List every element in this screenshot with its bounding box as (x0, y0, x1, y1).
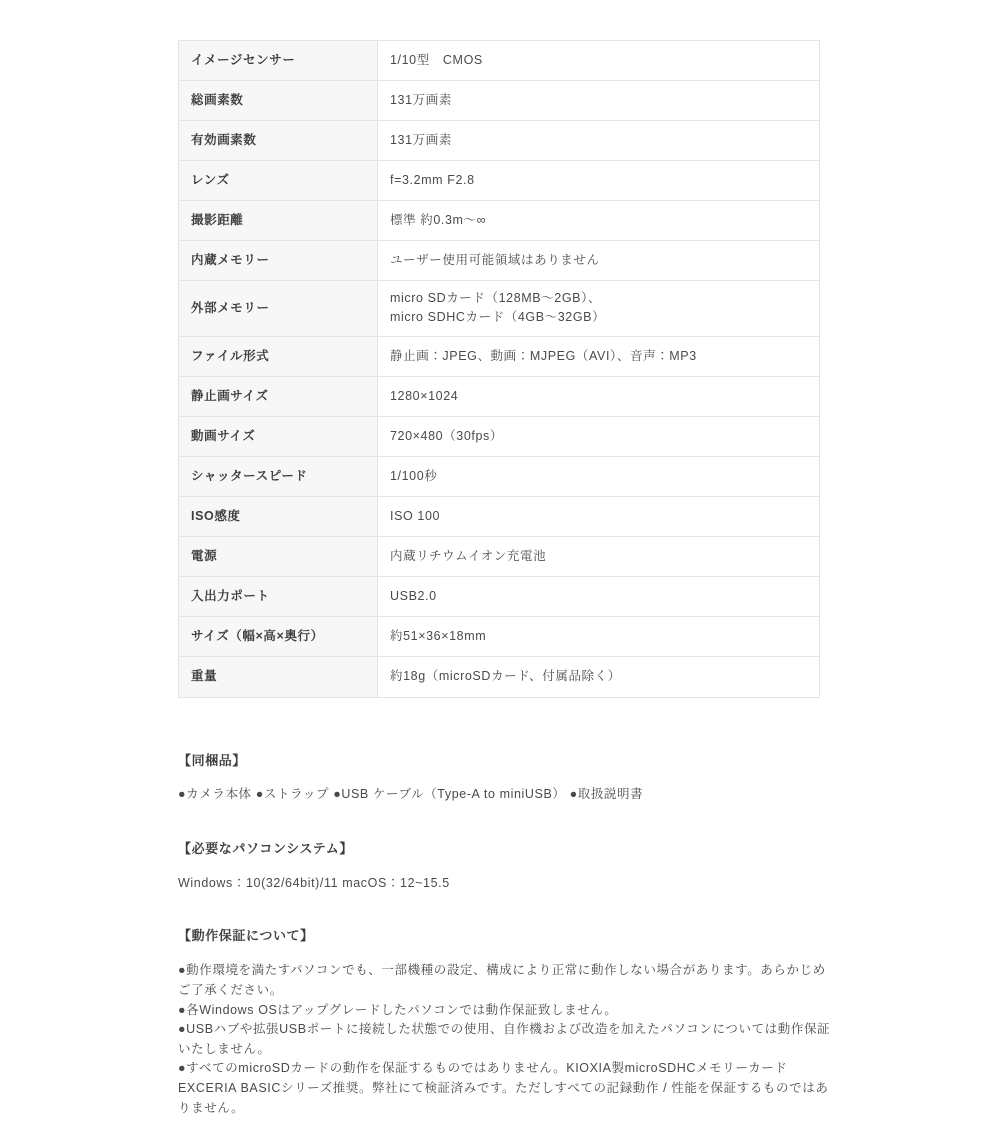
spec-row-label: サイズ（幅×高×奥行） (179, 617, 378, 656)
spec-row-label: イメージセンサー (179, 41, 378, 80)
spec-row-value: ユーザー使用可能領域はありません (378, 241, 819, 280)
spec-row-value: micro SDカード（128MB～2GB）、 micro SDHCカード（4G… (378, 281, 819, 336)
spec-row-value: 約18g（microSDカード、付属品除く） (378, 657, 819, 697)
spec-row-label: 内蔵メモリー (179, 241, 378, 280)
spec-row-label: 有効画素数 (179, 121, 378, 160)
spec-table-row: 重量 約18g（microSDカード、付属品除く） (179, 657, 819, 697)
spec-row-value: f=3.2mm F2.8 (378, 161, 819, 200)
spec-row-label: 重量 (179, 657, 378, 697)
spec-row-value: 1/100秒 (378, 457, 819, 496)
spec-row-label: 総画素数 (179, 81, 378, 120)
warranty-note-item: ●各Windows OSはアップグレードしたパソコンでは動作保証致しません。 (178, 1001, 833, 1021)
required-system-text: Windows：10(32/64bit)/11 macOS：12~15.5 (178, 873, 833, 893)
spec-row-label: 静止画サイズ (179, 377, 378, 416)
spec-table-row: シャッタースピード 1/100秒 (179, 457, 819, 497)
spec-table-row: 有効画素数 131万画素 (179, 121, 819, 161)
spec-row-value: 内蔵リチウムイオン充電池 (378, 537, 819, 576)
spec-row-value: 標準 約0.3m～∞ (378, 201, 819, 240)
spec-table-row: 電源 内蔵リチウムイオン充電池 (179, 537, 819, 577)
spec-table-row: 動画サイズ 720×480（30fps） (179, 417, 819, 457)
spec-table-row: ファイル形式 静止画：JPEG、動画：MJPEG（AVI）、音声：MP3 (179, 337, 819, 377)
warranty-notes-list: ●動作環境を満たすパソコンでも、一部機種の設定、構成により正常に動作しない場合が… (178, 961, 833, 1118)
spec-table-row: 内蔵メモリー ユーザー使用可能領域はありません (179, 241, 819, 281)
spec-row-value: 約51×36×18mm (378, 617, 819, 656)
spec-table-row: 静止画サイズ 1280×1024 (179, 377, 819, 417)
spec-row-value: 1280×1024 (378, 377, 819, 416)
spec-table-row: サイズ（幅×高×奥行） 約51×36×18mm (179, 617, 819, 657)
spec-row-label: ISO感度 (179, 497, 378, 536)
spec-row-label: シャッタースピード (179, 457, 378, 496)
required-system-heading: 【必要なパソコンシステム】 (178, 840, 833, 858)
spec-table-row: 総画素数 131万画素 (179, 81, 819, 121)
spec-row-value: 1/10型 CMOS (378, 41, 819, 80)
spec-row-value: 720×480（30fps） (378, 417, 819, 456)
spec-row-value: 131万画素 (378, 121, 819, 160)
spec-table-row: 外部メモリー micro SDカード（128MB～2GB）、 micro SDH… (179, 281, 819, 337)
spec-row-label: レンズ (179, 161, 378, 200)
spec-table-row: レンズ f=3.2mm F2.8 (179, 161, 819, 201)
included-items-heading: 【同梱品】 (178, 752, 833, 770)
operation-warranty-heading: 【動作保証について】 (178, 927, 833, 945)
spec-row-value: 131万画素 (378, 81, 819, 120)
spec-table: イメージセンサー 1/10型 CMOS 総画素数 131万画素 有効画素数 13… (178, 40, 820, 698)
spec-table-row: イメージセンサー 1/10型 CMOS (179, 41, 819, 81)
warranty-note-item: ●USBハブや拡張USBポートに接続した状態での使用、自作機および改造を加えたパ… (178, 1020, 833, 1059)
spec-table-row: ISO感度 ISO 100 (179, 497, 819, 537)
spec-row-value: 静止画：JPEG、動画：MJPEG（AVI）、音声：MP3 (378, 337, 819, 376)
warranty-note-item: ●動作環境を満たすパソコンでも、一部機種の設定、構成により正常に動作しない場合が… (178, 961, 833, 1000)
spec-table-row: 撮影距離 標準 約0.3m～∞ (179, 201, 819, 241)
spec-row-label: 電源 (179, 537, 378, 576)
spec-row-label: 動画サイズ (179, 417, 378, 456)
spec-table-row: 入出力ポート USB2.0 (179, 577, 819, 617)
spec-row-label: 入出力ポート (179, 577, 378, 616)
warranty-note-item: ●すべてのmicroSDカードの動作を保証するものではありません。KIOXIA製… (178, 1059, 833, 1118)
spec-row-label: 撮影距離 (179, 201, 378, 240)
spec-page-content: イメージセンサー 1/10型 CMOS 総画素数 131万画素 有効画素数 13… (178, 40, 833, 1118)
spec-row-value: USB2.0 (378, 577, 819, 616)
spec-row-label: 外部メモリー (179, 281, 378, 336)
included-items-line: ●カメラ本体 ●ストラップ ●USB ケーブル（Type-A to miniUS… (178, 784, 833, 804)
spec-row-value: ISO 100 (378, 497, 819, 536)
spec-row-label: ファイル形式 (179, 337, 378, 376)
